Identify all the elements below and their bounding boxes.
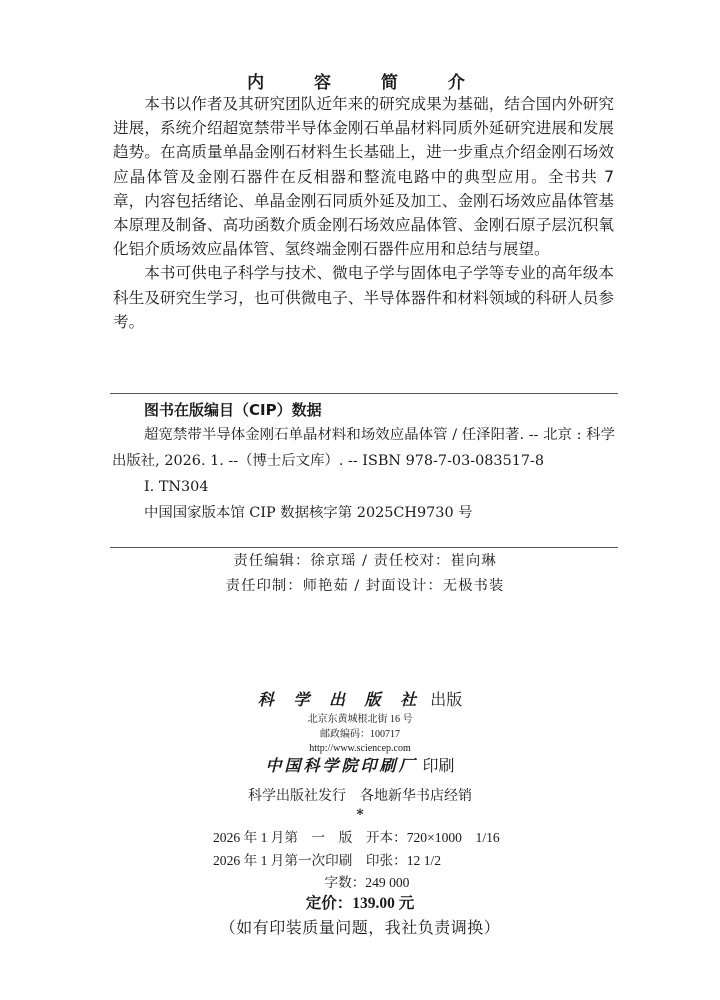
editor-credits: 责任编辑：徐京瑶 / 责任校对：崔向琳: [0, 549, 720, 574]
cip-bottom-rule: [110, 547, 618, 548]
publisher-address: 北京东黄城根北街 16 号: [0, 713, 720, 727]
summary-paragraph-1: 本书以作者及其研究团队近年来的研究成果为基础，结合国内外研究进展，系统介绍超宽禁…: [113, 92, 614, 261]
printer-line: 中国科学院印刷厂 印刷: [0, 755, 720, 777]
cip-top-rule: [110, 393, 618, 394]
cip-classification: Ⅰ. TN304: [144, 474, 615, 500]
cip-heading: 图书在版编目（CIP）数据: [144, 398, 615, 422]
word-count: 字数：249 000: [0, 871, 720, 894]
cip-record: 超宽禁带半导体金刚石单晶材料和场效应晶体管 / 任泽阳著. -- 北京 : 科学…: [112, 422, 615, 474]
summary-paragraph-2: 本书可供电子科学与技术、微电子学与固体电子学等专业的高年级本科生及研究生学习，也…: [113, 261, 614, 334]
content-summary: 本书以作者及其研究团队近年来的研究成果为基础，结合国内外研究进展，系统介绍超宽禁…: [113, 92, 614, 334]
page-title: 内 容 简 介: [0, 68, 720, 93]
publisher-url: http://www.sciencep.com: [0, 742, 720, 756]
separator-star: *: [0, 808, 720, 822]
cip-block: 图书在版编目（CIP）数据 超宽禁带半导体金刚石单晶材料和场效应晶体管 / 任泽…: [112, 398, 615, 526]
cip-approval-number: 中国国家版本馆 CIP 数据核字第 2025CH9730 号: [144, 500, 615, 526]
publisher-suffix: 出版: [430, 690, 462, 709]
distribution-line: 科学出版社发行 各地新华书店经销: [0, 785, 720, 805]
printer-suffix: 印刷: [423, 756, 455, 775]
printing-and-sheets: 2026 年 1 月第一次印刷 印张：12 1/2: [213, 849, 441, 872]
publisher-postcode: 邮政编码：100717: [0, 728, 720, 742]
production-credits: 责任印制：师艳茹 / 封面设计：无极书装: [0, 574, 720, 599]
price: 定价：139.00 元: [0, 892, 720, 916]
printer-name: 中国科学院印刷厂: [265, 756, 417, 775]
edition-and-format: 2026 年 1 月第 一 版 开本：720×1000 1/16: [213, 826, 500, 849]
publisher-name: 科 学 出 版 社: [258, 690, 423, 709]
publisher-line: 科 学 出 版 社 出版: [0, 688, 720, 712]
quality-notice: （如有印装质量问题，我社负责调换）: [0, 917, 720, 941]
